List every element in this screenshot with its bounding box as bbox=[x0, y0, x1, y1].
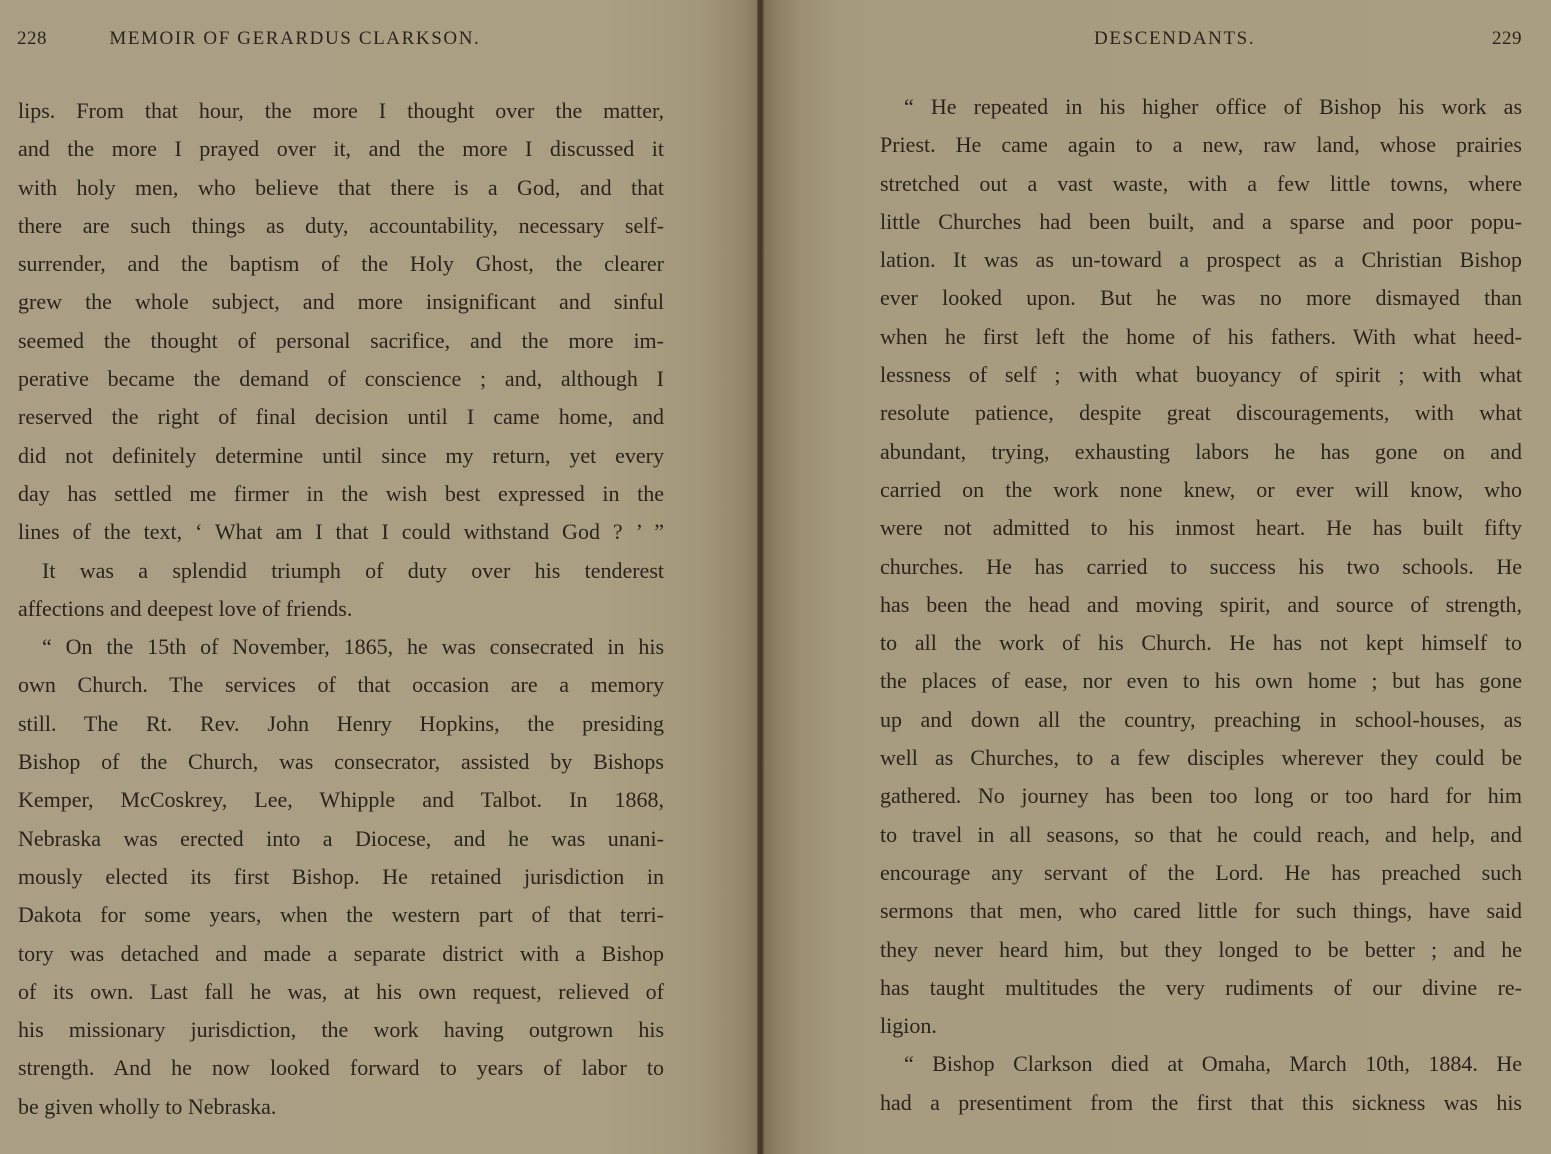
right-page-number: 229 bbox=[1492, 28, 1522, 50]
text-line: It was a splendid triumph of duty over h… bbox=[18, 552, 664, 590]
text-line: up and down all the country, preaching i… bbox=[880, 701, 1522, 739]
text-line: Priest. He came again to a new, raw land… bbox=[880, 126, 1522, 164]
text-line: seemed the thought of personal sacrifice… bbox=[18, 322, 664, 360]
text-line: to all the work of his Church. He has no… bbox=[880, 624, 1522, 662]
right-page-body: “ He repeated in his higher office of Bi… bbox=[880, 88, 1522, 1122]
text-line: and the more I prayed over it, and the m… bbox=[18, 130, 664, 168]
text-line: did not definitely determine until since… bbox=[18, 437, 664, 475]
right-page-header: DESCENDANTS. 229 bbox=[880, 28, 1522, 54]
text-line: were not admitted to his inmost heart. H… bbox=[880, 509, 1522, 547]
text-line: ever looked upon. But he was no more dis… bbox=[880, 279, 1522, 317]
text-line: perative became the demand of conscience… bbox=[18, 360, 664, 398]
text-line: to travel in all seasons, so that he cou… bbox=[880, 816, 1522, 854]
text-line: little Churches had been built, and a sp… bbox=[880, 203, 1522, 241]
text-line: had a presentiment from the first that t… bbox=[880, 1084, 1522, 1122]
text-line: strength. And he now looked forward to y… bbox=[18, 1049, 664, 1087]
text-line: still. The Rt. Rev. John Henry Hopkins, … bbox=[18, 705, 664, 743]
text-line: “ He repeated in his higher office of Bi… bbox=[880, 88, 1522, 126]
text-line: lessness of self ; with what buoyancy of… bbox=[880, 356, 1522, 394]
text-line: own Church. The services of that occasio… bbox=[18, 666, 664, 704]
text-line: when he first left the home of his fathe… bbox=[880, 318, 1522, 356]
text-line: mously elected its first Bishop. He reta… bbox=[18, 858, 664, 896]
text-line: ligion. bbox=[880, 1007, 1522, 1045]
text-line: there are such things as duty, accountab… bbox=[18, 207, 664, 245]
text-line: encourage any servant of the Lord. He ha… bbox=[880, 854, 1522, 892]
right-running-head: DESCENDANTS. bbox=[1094, 28, 1255, 50]
text-line: sermons that men, who cared little for s… bbox=[880, 892, 1522, 930]
text-line: carried on the work none knew, or ever w… bbox=[880, 471, 1522, 509]
text-line: Dakota for some years, when the western … bbox=[18, 896, 664, 934]
left-page-header: 228 MEMOIR OF GERARDUS CLARKSON. bbox=[17, 28, 677, 54]
text-line: with holy men, who believe that there is… bbox=[18, 169, 664, 207]
book-gutter bbox=[757, 0, 764, 1154]
text-line: Bishop of the Church, was consecrator, a… bbox=[18, 743, 664, 781]
text-line: lation. It was as un-toward a prospect a… bbox=[880, 241, 1522, 279]
left-page-body: lips. From that hour, the more I thought… bbox=[18, 92, 664, 1126]
text-line: “ On the 15th of November, 1865, he was … bbox=[18, 628, 664, 666]
book-spread: 228 MEMOIR OF GERARDUS CLARKSON. DESCEND… bbox=[0, 0, 1551, 1154]
text-line: stretched out a vast waste, with a few l… bbox=[880, 165, 1522, 203]
left-page-number: 228 bbox=[17, 28, 103, 50]
text-line: surrender, and the baptism of the Holy G… bbox=[18, 245, 664, 283]
text-line: be given wholly to Nebraska. bbox=[18, 1088, 664, 1126]
text-line: lips. From that hour, the more I thought… bbox=[18, 92, 664, 130]
text-line: of its own. Last fall he was, at his own… bbox=[18, 973, 664, 1011]
left-running-head: MEMOIR OF GERARDUS CLARKSON. bbox=[109, 28, 480, 50]
text-line: well as Churches, to a few disciples whe… bbox=[880, 739, 1522, 777]
text-line: churches. He has carried to success his … bbox=[880, 548, 1522, 586]
text-line: gathered. No journey has been too long o… bbox=[880, 777, 1522, 815]
text-line: Kemper, McCoskrey, Lee, Whipple and Talb… bbox=[18, 781, 664, 819]
text-line: resolute patience, despite great discour… bbox=[880, 394, 1522, 432]
text-line: grew the whole subject, and more insigni… bbox=[18, 283, 664, 321]
text-line: Nebraska was erected into a Diocese, and… bbox=[18, 820, 664, 858]
text-line: they never heard him, but they longed to… bbox=[880, 931, 1522, 969]
text-line: abundant, trying, exhausting labors he h… bbox=[880, 433, 1522, 471]
text-line: his missionary jurisdiction, the work ha… bbox=[18, 1011, 664, 1049]
text-line: reserved the right of final decision unt… bbox=[18, 398, 664, 436]
text-line: day has settled me firmer in the wish be… bbox=[18, 475, 664, 513]
text-line: has taught multitudes the very rudiments… bbox=[880, 969, 1522, 1007]
text-line: has been the head and moving spirit, and… bbox=[880, 586, 1522, 624]
text-line: the places of ease, nor even to his own … bbox=[880, 662, 1522, 700]
text-line: lines of the text, ‘ What am I that I co… bbox=[18, 513, 664, 551]
text-line: affections and deepest love of friends. bbox=[18, 590, 664, 628]
text-line: tory was detached and made a separate di… bbox=[18, 935, 664, 973]
text-line: “ Bishop Clarkson died at Omaha, March 1… bbox=[880, 1045, 1522, 1083]
